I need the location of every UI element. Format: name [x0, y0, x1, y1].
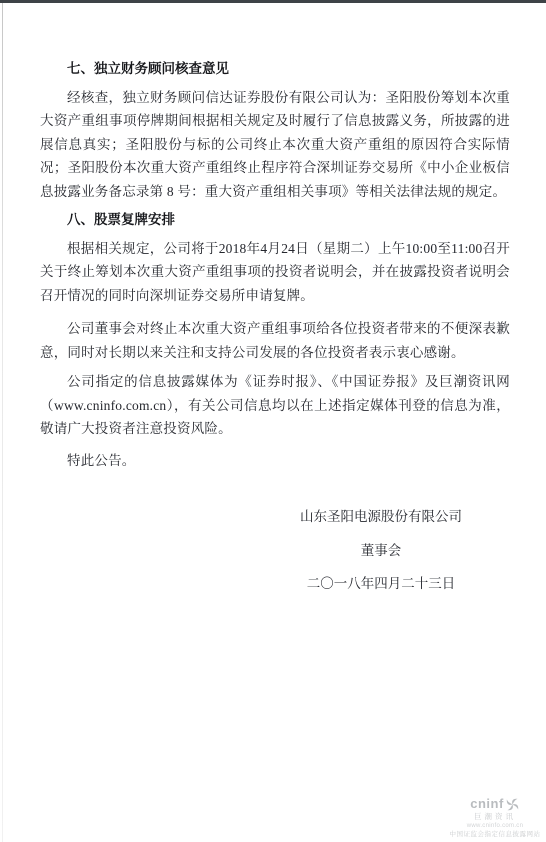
signature-block: 山东圣阳电源股份有限公司 董事会 二〇一八年四月二十三日	[296, 505, 466, 596]
section-heading-resumption-arrangement: 八、股票复牌安排	[40, 208, 510, 232]
paragraph-apology: 公司董事会对终止本次重大资产重组事项给各位投资者带来的不便深表歉意，同时对长期以…	[40, 317, 510, 364]
pinwheel-swirl-icon	[505, 797, 520, 812]
cninfo-logo: cninf	[447, 797, 543, 812]
paragraph-disclosure-media: 公司指定的信息披露媒体为《证券时报》、《中国证券报》及巨潮资讯网（www.cni…	[40, 370, 510, 441]
section-heading-independent-advisor-opinion: 七、独立财务顾问核查意见	[40, 57, 510, 81]
cninfo-watermark: cninf 巨潮资讯 www.cninfo.com.cn 中国证监会指定信息披露…	[447, 797, 543, 838]
cninfo-tagline: 中国证监会指定信息披露网站	[447, 831, 543, 838]
cninfo-brand-name: 巨潮资讯	[447, 813, 543, 822]
cninfo-url: www.cninfo.com.cn	[447, 823, 543, 830]
cninfo-logo-text: cninf	[470, 797, 504, 812]
signature-company-name: 山东圣阳电源股份有限公司	[296, 505, 466, 529]
paragraph-resumption-plan: 根据相关规定，公司将于2018年4月24日（星期二）上午10:00至11:00召…	[40, 237, 510, 308]
document-content: 七、独立财务顾问核查意见 经核查，独立财务顾问信达证券股份有限公司认为：圣阳股份…	[0, 0, 546, 842]
signature-date: 二〇一八年四月二十三日	[296, 572, 466, 596]
signature-board: 董事会	[296, 539, 466, 563]
document-page: 七、独立财务顾问核查意见 经核查，独立财务顾问信达证券股份有限公司认为：圣阳股份…	[0, 0, 546, 842]
paragraph-advisor-opinion: 经核查，独立财务顾问信达证券股份有限公司认为：圣阳股份筹划本次重大资产重组事项停…	[40, 86, 510, 204]
paragraph-announcement-closing: 特此公告。	[40, 449, 510, 473]
